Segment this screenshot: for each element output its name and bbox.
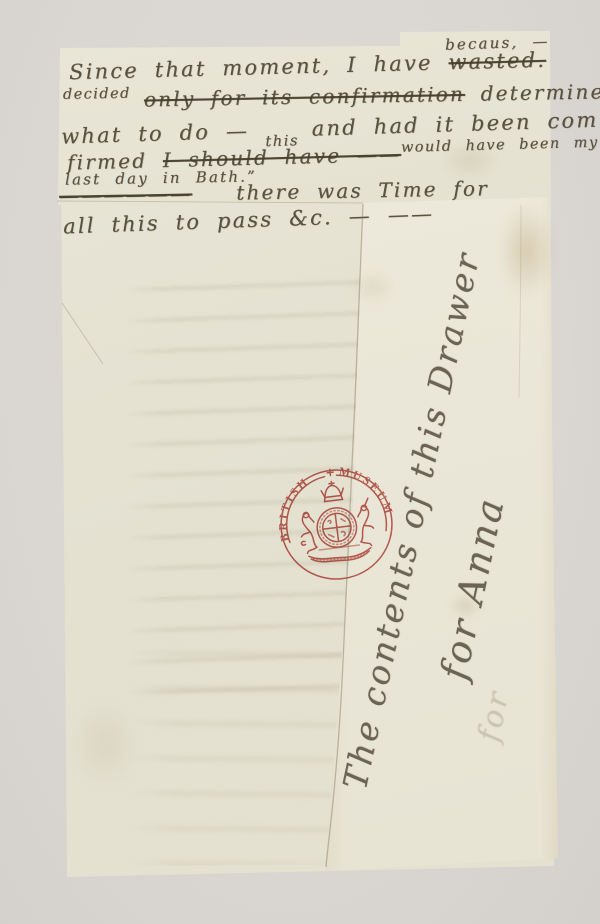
- lion-supporter-icon: [298, 512, 318, 554]
- handwriting-segment: wasted.: [448, 48, 546, 75]
- motto-ribbon-icon: [308, 544, 372, 565]
- handwriting-segment: only for its confirmation: [144, 82, 465, 112]
- manuscript-photo: becaus, —Since that moment, I have waste…: [0, 0, 600, 924]
- handwriting-segment: ——————: [59, 181, 193, 207]
- handwriting-segment: all this to pass &c. — ——: [63, 202, 435, 239]
- handwriting-line: all this to pass &c. — ——: [63, 202, 435, 239]
- handwriting-segment: there was Time for: [236, 176, 489, 204]
- handwriting-line: Since that moment, I have wasted.: [69, 48, 547, 84]
- unicorn-supporter-icon: [356, 498, 376, 547]
- handwriting-segment: decided: [63, 85, 144, 102]
- handwriting-segment: Since that moment, I have: [69, 50, 449, 84]
- royal-garter-icon: [315, 506, 359, 550]
- handwriting-segment: would have been my: [401, 134, 600, 156]
- crown-icon: [320, 480, 344, 502]
- handwriting-segment: determined: [465, 79, 600, 106]
- handwriting-segment: what to do —: [61, 118, 266, 148]
- british-museum-stamp: BRITISH MUSEUM: [269, 457, 404, 592]
- handwriting-block: becaus, —Since that moment, I have waste…: [57, 30, 557, 260]
- handwriting-line: decided only for its confirmation determ…: [63, 79, 600, 113]
